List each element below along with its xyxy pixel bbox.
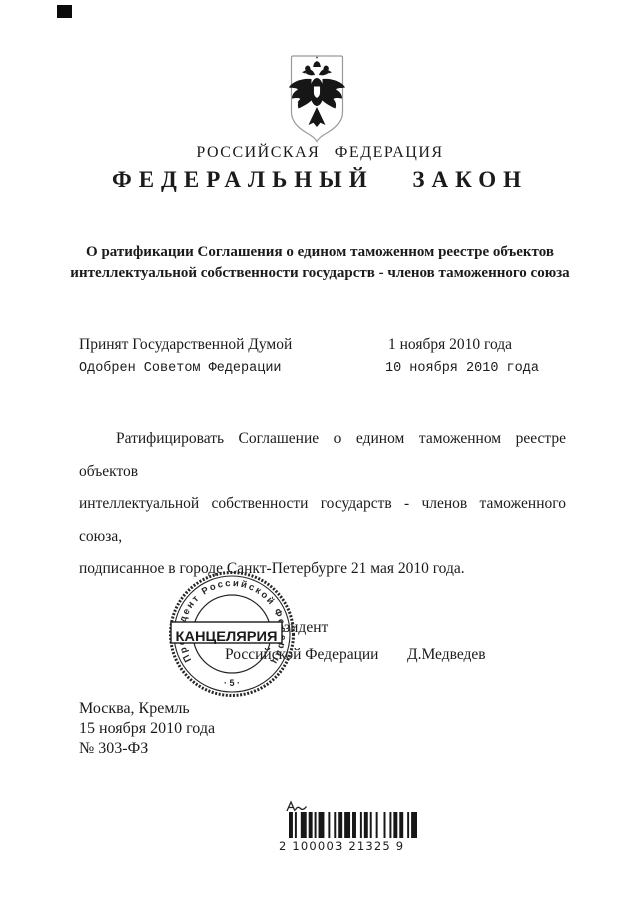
signature-name: Д.Медведев: [407, 646, 486, 664]
adopted-by-duma-date: 1 ноября 2010 года: [388, 336, 512, 354]
body-line: Ратифицировать Соглашение о едином тамож…: [79, 423, 566, 488]
footer-date: 15 ноября 2010 года: [79, 720, 215, 738]
approved-by-council-date: 10 ноября 2010 года: [385, 361, 539, 376]
law-title-line: интеллектуальной собственности государст…: [40, 263, 600, 284]
body-line: подписанное в городе Санкт-Петербурге 21…: [79, 553, 566, 586]
adopted-by-duma-label: Принят Государственной Думой: [79, 336, 292, 354]
registration-mark: [57, 5, 72, 18]
stamp-bottom-number: · 5 ·: [224, 678, 240, 688]
approved-by-council-label: Одобрен Советом Федерации: [79, 361, 282, 376]
footer-place: Москва, Кремль: [79, 700, 190, 718]
coat-of-arms-icon: [284, 54, 350, 146]
body-line: интеллектуальной собственности государст…: [79, 488, 566, 553]
law-title-line: О ратификации Соглашения о едином таможе…: [40, 242, 600, 263]
document-page: РОССИЙСКАЯ ФЕДЕРАЦИЯ ФЕДЕРАЛЬНЫЙ ЗАКОН О…: [0, 0, 640, 905]
chancellery-stamp: Президент Российской Федерации · 5 · КАН…: [166, 568, 298, 700]
country-heading: РОССИЙСКАЯ ФЕДЕРАЦИЯ: [0, 144, 640, 162]
footer-law-number: № 303-ФЗ: [79, 740, 148, 758]
stamp-ring-text: Президент Российской Федерации: [166, 568, 288, 667]
svg-text:Президент Российской Федерации: Президент Российской Федерации: [166, 568, 288, 667]
document-type-heading: ФЕДЕРАЛЬНЫЙ ЗАКОН: [0, 167, 640, 193]
law-body-paragraph: Ратифицировать Соглашение о едином тамож…: [79, 423, 566, 586]
barcode-digits: 2 100003 21325 9: [279, 839, 429, 853]
chancellery-box-label: КАНЦЕЛЯРИЯ: [176, 629, 278, 644]
barcode: [283, 812, 423, 839]
